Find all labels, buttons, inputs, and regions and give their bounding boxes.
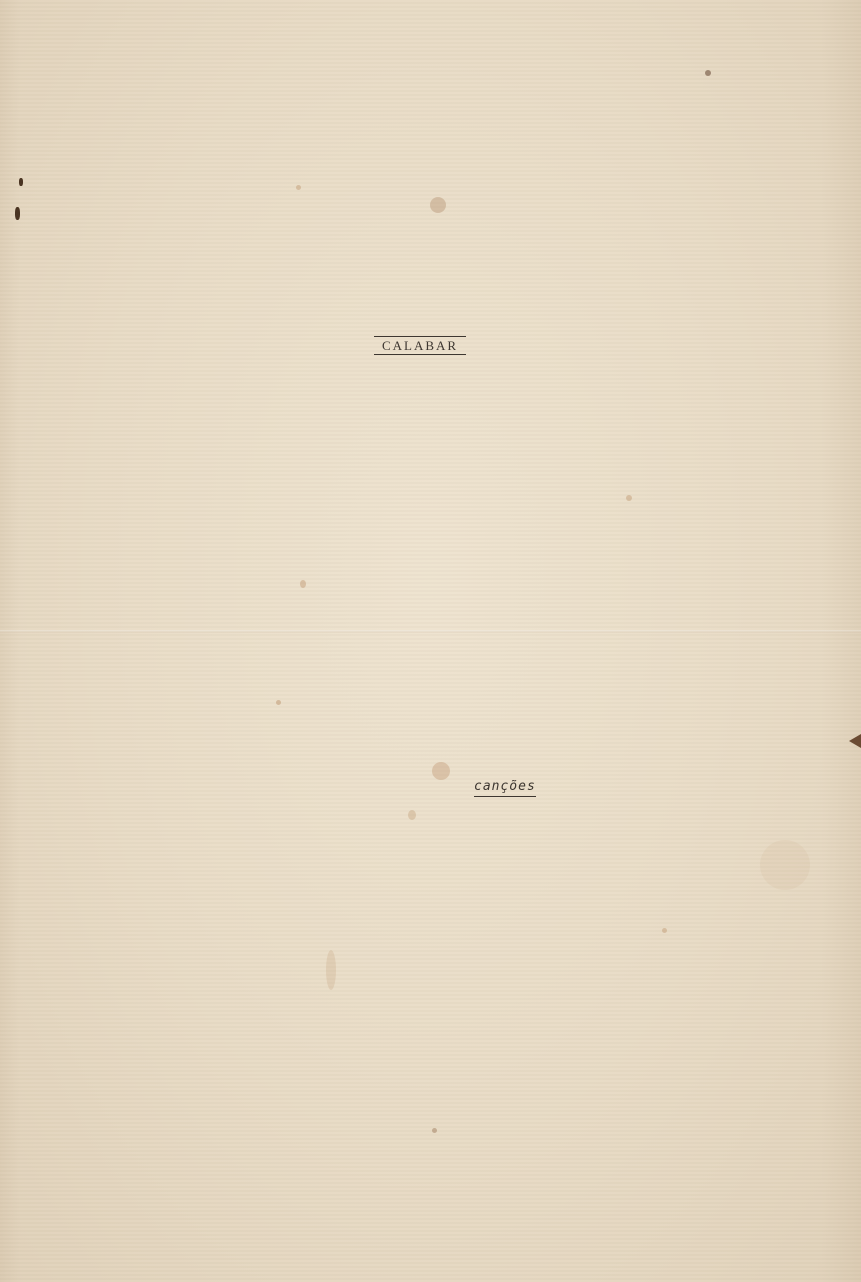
document-subtitle: canções (474, 779, 536, 797)
ink-mark (15, 207, 20, 220)
foxing-spot (430, 197, 446, 213)
foxing-spot (276, 700, 281, 705)
paper-fold-line (0, 630, 861, 633)
foxing-spot (300, 580, 306, 588)
document-page: CALABAR canções (0, 0, 861, 1282)
foxing-spot (326, 950, 336, 990)
foxing-spot (432, 1128, 437, 1133)
ink-mark (19, 178, 23, 186)
foxing-spot (408, 810, 416, 820)
foxing-spot (432, 762, 450, 780)
paper-tear (849, 734, 861, 748)
page-edge-shadow-right (821, 0, 861, 1282)
foxing-spot (662, 928, 667, 933)
foxing-spot (296, 185, 301, 190)
foxing-spot (626, 495, 632, 501)
foxing-spot (760, 840, 810, 890)
page-edge-shadow-left (0, 0, 20, 1282)
foxing-spot (705, 70, 711, 76)
document-title: CALABAR (374, 336, 466, 355)
